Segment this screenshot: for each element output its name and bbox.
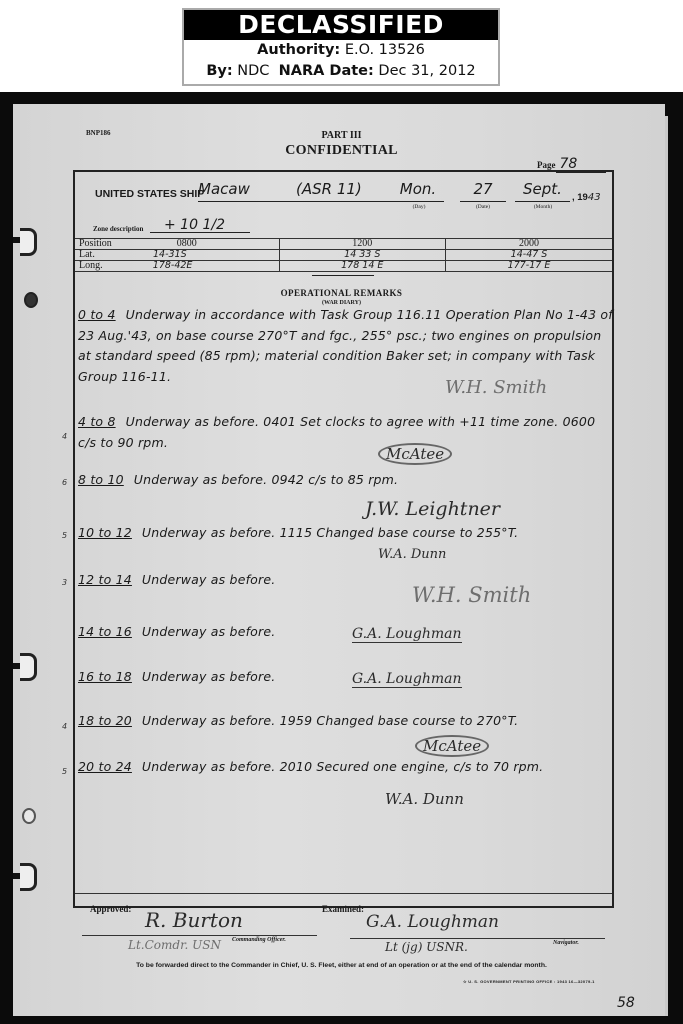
time-0800-header: 0800 bbox=[112, 239, 262, 249]
navigator-rank: Lt (jg) USNR. bbox=[385, 940, 468, 954]
lat-2000: 14-47 S bbox=[446, 250, 612, 261]
stamp-authority: Authority: E.O. 13526 bbox=[184, 40, 498, 61]
day-caption: (Day) bbox=[404, 204, 434, 210]
printer-line: ☆ U. S. GOVERNMENT PRINTING OFFICE : 194… bbox=[463, 979, 595, 984]
binder-clip-icon bbox=[20, 228, 37, 256]
co-signature: R. Burton bbox=[145, 908, 243, 932]
navigator-caption: Navigator. bbox=[553, 940, 579, 946]
lat-label: Lat. bbox=[79, 249, 95, 260]
long-2000: 177-17 E bbox=[446, 261, 612, 272]
navigator-signature-line bbox=[350, 938, 605, 939]
day-field: Mon. bbox=[392, 180, 444, 202]
signature: McAtee bbox=[415, 735, 489, 757]
diary-entry: 8 to 10Underway as before. 0942 c/s to 8… bbox=[78, 470, 613, 491]
long-label: Long. bbox=[79, 260, 103, 271]
signature: McAtee bbox=[378, 443, 452, 465]
signature: W.A. Dunn bbox=[378, 547, 446, 562]
stamp-by-date: By: NDC NARA Date: Dec 31, 2012 bbox=[184, 61, 498, 82]
punch-hole-icon bbox=[22, 808, 36, 824]
month-caption: (Month) bbox=[528, 204, 558, 210]
diary-entry: 12 to 14Underway as before. bbox=[78, 570, 613, 591]
margin-number: 5 bbox=[62, 531, 67, 540]
signature: G.A. Loughman bbox=[352, 671, 462, 688]
margin-number: 4 bbox=[62, 722, 67, 731]
binder-clip-icon bbox=[20, 653, 37, 681]
table-row: Lat.14-31S 14 33 S 14-47 S bbox=[75, 250, 612, 261]
year-field: , 1943 bbox=[572, 192, 601, 203]
navigator-signature: G.A. Loughman bbox=[366, 912, 499, 932]
zone-label: Zone description bbox=[93, 225, 143, 233]
table-row: Long.178-42E 178 14 E 177-17 E bbox=[75, 261, 612, 272]
lat-1200: 14 33 S bbox=[279, 250, 445, 261]
diary-entry: 20 to 24Underway as before. 2010 Secured… bbox=[78, 757, 613, 778]
time-1200-header: 1200 bbox=[279, 239, 445, 250]
co-rank: Lt.Comdr. USN bbox=[128, 938, 221, 952]
month-field: Sept. bbox=[515, 180, 570, 202]
diary-entry: 4 to 8Underway as before. 0401 Set clock… bbox=[78, 412, 613, 453]
long-1200: 178 14 E bbox=[279, 261, 445, 272]
stamp-heading: DECLASSIFIED bbox=[184, 10, 498, 40]
ship-class-field: (ASR 11) bbox=[296, 180, 392, 202]
lat-0800: 14-31S bbox=[95, 250, 245, 260]
approved-label: Approved: bbox=[90, 904, 131, 914]
ship-name-field: Macaw bbox=[198, 180, 296, 202]
diary-entry: 14 to 16Underway as before. bbox=[78, 622, 613, 643]
signature: W.H. Smith bbox=[412, 583, 531, 607]
margin-number: 3 bbox=[62, 578, 67, 587]
date-caption: (Date) bbox=[468, 204, 498, 210]
long-0800: 178-42E bbox=[103, 261, 243, 271]
co-signature-line bbox=[82, 935, 317, 936]
signature: G.A. Loughman bbox=[352, 626, 462, 643]
diary-entry: 16 to 18Underway as before. bbox=[78, 667, 613, 688]
margin-number: 5 bbox=[62, 767, 67, 776]
zone-field: + 10 1/2 bbox=[150, 217, 250, 233]
margin-number: 4 bbox=[62, 432, 67, 441]
forwarding-note: To be forwarded direct to the Commander … bbox=[0, 962, 683, 969]
binder-clip-icon bbox=[20, 863, 37, 891]
co-caption: Commanding Officer. bbox=[232, 937, 286, 943]
examined-label: Examined: bbox=[322, 904, 364, 914]
ship-label: UNITED STATES SHIP bbox=[95, 188, 204, 200]
declassified-stamp: DECLASSIFIED Authority: E.O. 13526 By: N… bbox=[182, 8, 500, 86]
diary-entry: 0 to 4Underway in accordance with Task G… bbox=[78, 305, 613, 387]
signature: W.A. Dunn bbox=[385, 790, 464, 808]
signature: W.H. Smith bbox=[445, 377, 547, 398]
diary-entry: 10 to 12Underway as before. 1115 Changed… bbox=[78, 523, 613, 544]
footer-divider bbox=[75, 893, 612, 894]
position-header: Position bbox=[79, 238, 112, 249]
margin-number: 6 bbox=[62, 478, 67, 487]
remarks-title: OPERATIONAL REMARKS bbox=[0, 288, 683, 298]
table-header-row: Position0800 1200 2000 bbox=[75, 239, 612, 250]
signature: J.W. Leightner bbox=[365, 498, 500, 520]
part-heading: PART III bbox=[0, 130, 683, 141]
date-field: 27 bbox=[460, 180, 506, 202]
divider bbox=[312, 275, 374, 276]
diary-entry: 18 to 20Underway as before. 1959 Changed… bbox=[78, 711, 613, 732]
position-table: Position0800 1200 2000 Lat.14-31S 14 33 … bbox=[75, 238, 612, 272]
archive-page-number: 58 bbox=[617, 995, 635, 1011]
time-2000-header: 2000 bbox=[446, 239, 612, 250]
